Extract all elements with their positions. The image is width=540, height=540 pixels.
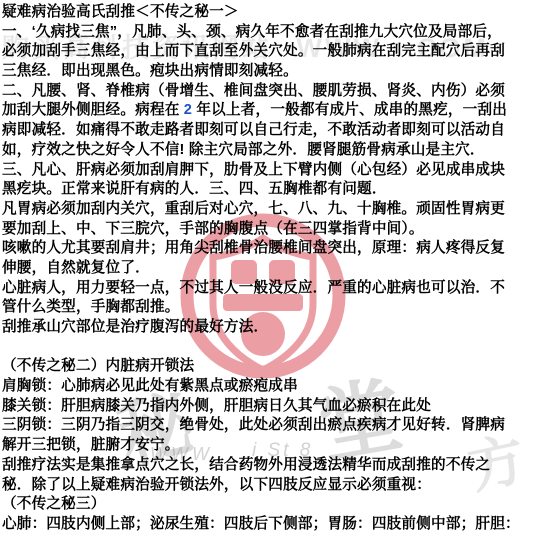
- text-line: 如，疗效之快之好令人不信! 除主穴局部之外．腰肾腿筋骨病承山是主穴．: [2, 141, 538, 161]
- text-line: 必须加刮手三焦经，由上而下直刮至外关穴处。一般肺病在刮完主配穴后再刮: [2, 42, 538, 62]
- text-line: 刮推承山穴部位是治疗腹泻的最好方法．: [2, 318, 538, 338]
- text-line: 二、凡腰、肾、脊椎病（骨增生、椎间盘突出、腰肌劳损、肾炎、内伤）必须: [2, 82, 538, 102]
- text-line: 病即减轻．如痛得不敢走路者即刻可以自己行走，不敢活动者即刻可以活动自: [2, 121, 538, 141]
- text-line: 管什么类型，手胸都刮推。: [2, 298, 538, 318]
- text-line: 一、‘久病找三焦”，凡肺、头、颈、病久年不愈者在刮推九大穴位及局部后，: [2, 23, 538, 43]
- text-line: 咳嗽的人尤其要刮肩井；用角尖刮椎骨治腰椎间盘突出，原理：病人疼得反复: [2, 239, 538, 259]
- text-segment: 年以上者，一般都有成片、成串的黑疙，一刮出: [192, 102, 507, 118]
- text-line: 肩胸锁：心肺病必见此处有紫黑点或瘀疱成串: [2, 377, 538, 397]
- text-line: 心肺：四肢内侧上部；泌尿生殖：四肢后下侧部；胃肠：四肢前侧中部；肝胆：: [2, 515, 538, 535]
- text-line-with-number: 加刮大腿外侧胆经。病程在 2 年以上者，一般都有成片、成串的黑疙，一刮出: [2, 101, 538, 121]
- text-line: 三焦经．即出现黑色。疱块出病情即刻减轻。: [2, 62, 538, 82]
- text-line: 膝关锁：肝胆病膝关乃指内外侧，肝胆病日久其气血必瘀积在此处: [2, 397, 538, 417]
- section-heading: （不传之秘三）: [2, 495, 538, 515]
- text-segment: 加刮大腿外侧胆经。病程在: [2, 102, 184, 118]
- blank-line: [2, 338, 538, 358]
- text-line: 黑疙块。正常来说肝有病的人．三、四、五胸椎都有问题．: [2, 180, 538, 200]
- text-line: 秘．除了以上疑难病治验开锁法外，以下四肢反应显示必须重视：: [2, 476, 538, 496]
- doc-title: 疑难病治验高氏刮推＜不传之秘一＞: [2, 3, 538, 23]
- text-line: 三、凡心、肝病必须加刮肩胛下，肋骨及上下臂内侧（心包经）必见成串成块: [2, 161, 538, 181]
- text-line: 伸腰，自然就复位了．: [2, 259, 538, 279]
- document-body: 疑难病治验高氏刮推＜不传之秘一＞ 一、‘久病找三焦”，凡肺、头、颈、病久年不愈者…: [2, 3, 538, 535]
- text-line: 心脏病人，用力要轻一点，不过其人一般没反应．严重的心脏病也可以治．不: [2, 279, 538, 299]
- text-line: 解开三把锁，脏腑才安宁。: [2, 436, 538, 456]
- duration-number: 2: [184, 102, 192, 118]
- text-line: 三阴锁：三阴乃指三阴交，绝骨处，此处必须刮出瘀点疾病才见好转．肾脾病: [2, 416, 538, 436]
- text-line: 要加刮上、中、下三脘穴，手部的胸腹点（在三四掌指背中间）。: [2, 220, 538, 240]
- section-heading: （不传之秘二）内脏病开锁法: [2, 357, 538, 377]
- text-line: 凡胃病必须加刮内关穴，重刮后对心穴，七、八、九、十胸椎。顽固性胃病更: [2, 200, 538, 220]
- text-line: 刮推疗法实是集推拿点穴之长，结合药物外用浸透法精华而成刮推的不传之: [2, 456, 538, 476]
